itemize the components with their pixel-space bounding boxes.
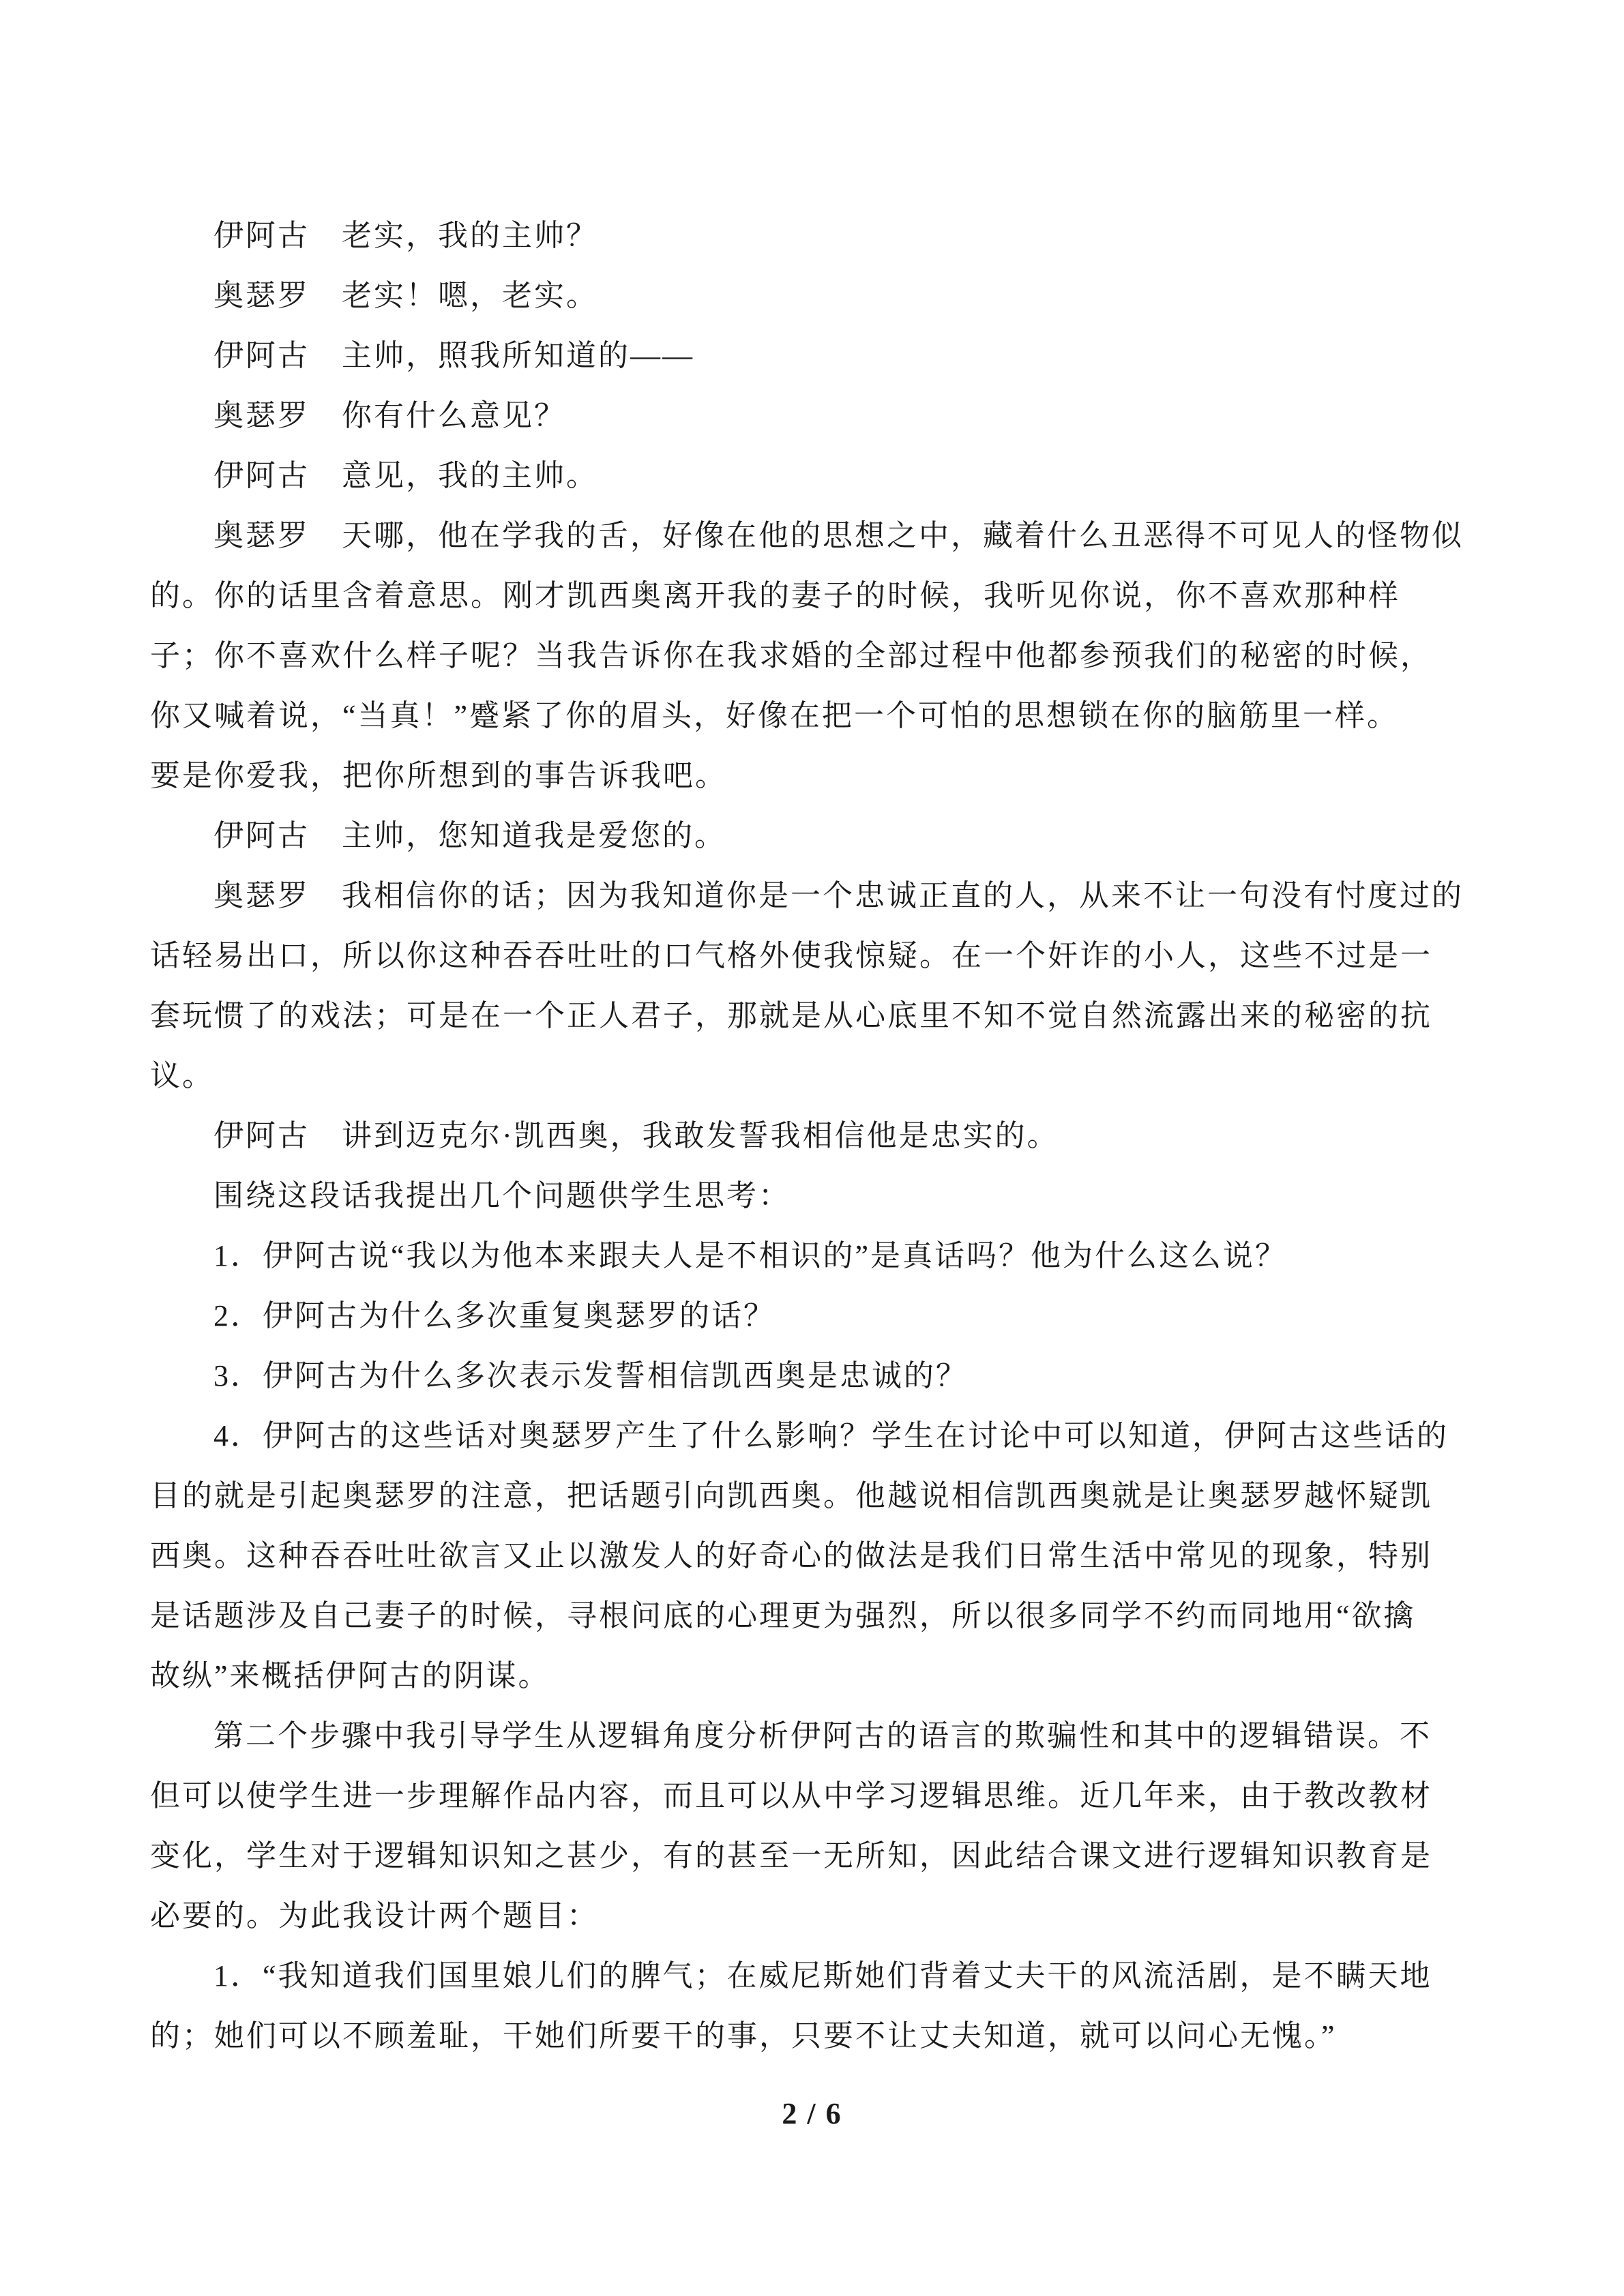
text-line: 伊阿古 老实，我的主帅？ xyxy=(150,206,1480,266)
text-line: 子；你不喜欢什么样子呢？当我告诉你在我求婚的全部过程中他都参预我们的秘密的时候， xyxy=(150,626,1480,686)
page-number: 2 / 6 xyxy=(782,2097,842,2130)
text-line: 奥瑟罗 我相信你的话；因为我知道你是一个忠诚正直的人，从来不让一句没有忖度过的 xyxy=(150,866,1480,926)
text-line: 议。 xyxy=(150,1046,1480,1106)
text-line: 奥瑟罗 老实！嗯，老实。 xyxy=(150,266,1480,326)
text-line: 但可以使学生进一步理解作品内容，而且可以从中学习逻辑思维。近几年来，由于教改教材 xyxy=(150,1766,1480,1826)
page-footer: 2 / 6 xyxy=(0,2096,1624,2132)
text-line: 伊阿古 讲到迈克尔·凯西奥，我敢发誓我相信他是忠实的。 xyxy=(150,1106,1480,1166)
text-line: 目的就是引起奥瑟罗的注意，把话题引向凯西奥。他越说相信凯西奥就是让奥瑟罗越怀疑凯 xyxy=(150,1466,1480,1526)
document-page: 伊阿古 老实，我的主帅？奥瑟罗 老实！嗯，老实。伊阿古 主帅，照我所知道的——奥… xyxy=(0,0,1624,2296)
text-line: 4．伊阿古的这些话对奥瑟罗产生了什么影响？学生在讨论中可以知道，伊阿古这些话的 xyxy=(150,1406,1480,1466)
text-line: 伊阿古 意见，我的主帅。 xyxy=(150,446,1480,506)
text-line: 是话题涉及自己妻子的时候，寻根问底的心理更为强烈，所以很多同学不约而同地用“欲擒 xyxy=(150,1586,1480,1646)
text-line: 的；她们可以不顾羞耻，干她们所要干的事，只要不让丈夫知道，就可以问心无愧。” xyxy=(150,2006,1480,2066)
text-line: 奥瑟罗 天哪，他在学我的舌，好像在他的思想之中，藏着什么丑恶得不可见人的怪物似 xyxy=(150,506,1480,566)
text-line: 要是你爱我，把你所想到的事告诉我吧。 xyxy=(150,746,1480,806)
text-line: 必要的。为此我设计两个题目： xyxy=(150,1886,1480,1946)
text-line: 伊阿古 主帅，您知道我是爱您的。 xyxy=(150,806,1480,866)
text-line: 套玩惯了的戏法；可是在一个正人君子，那就是从心底里不知不觉自然流露出来的秘密的抗 xyxy=(150,986,1480,1046)
text-line: 西奥。这种吞吞吐吐欲言又止以激发人的好奇心的做法是我们日常生活中常见的现象，特别 xyxy=(150,1526,1480,1586)
text-line: 伊阿古 主帅，照我所知道的—— xyxy=(150,326,1480,386)
text-line: 话轻易出口，所以你这种吞吞吐吐的口气格外使我惊疑。在一个奸诈的小人，这些不过是一 xyxy=(150,926,1480,986)
document-body: 伊阿古 老实，我的主帅？奥瑟罗 老实！嗯，老实。伊阿古 主帅，照我所知道的——奥… xyxy=(150,206,1480,2066)
text-line: 奥瑟罗 你有什么意见？ xyxy=(150,386,1480,446)
text-line: 故纵”来概括伊阿古的阴谋。 xyxy=(150,1646,1480,1706)
text-line: 你又喊着说，“当真！”蹙紧了你的眉头，好像在把一个可怕的思想锁在你的脑筋里一样。 xyxy=(150,686,1480,746)
text-line: 3．伊阿古为什么多次表示发誓相信凯西奥是忠诚的？ xyxy=(150,1346,1480,1406)
text-line: 的。你的话里含着意思。刚才凯西奥离开我的妻子的时候，我听见你说，你不喜欢那种样 xyxy=(150,566,1480,626)
text-line: 1．伊阿古说“我以为他本来跟夫人是不相识的”是真话吗？他为什么这么说？ xyxy=(150,1226,1480,1286)
text-line: 1．“我知道我们国里娘儿们的脾气；在威尼斯她们背着丈夫干的风流活剧，是不瞒天地 xyxy=(150,1946,1480,2006)
text-line: 第二个步骤中我引导学生从逻辑角度分析伊阿古的语言的欺骗性和其中的逻辑错误。不 xyxy=(150,1706,1480,1766)
text-line: 变化，学生对于逻辑知识知之甚少，有的甚至一无所知，因此结合课文进行逻辑知识教育是 xyxy=(150,1826,1480,1886)
text-line: 围绕这段话我提出几个问题供学生思考： xyxy=(150,1166,1480,1226)
text-line: 2．伊阿古为什么多次重复奥瑟罗的话？ xyxy=(150,1286,1480,1346)
